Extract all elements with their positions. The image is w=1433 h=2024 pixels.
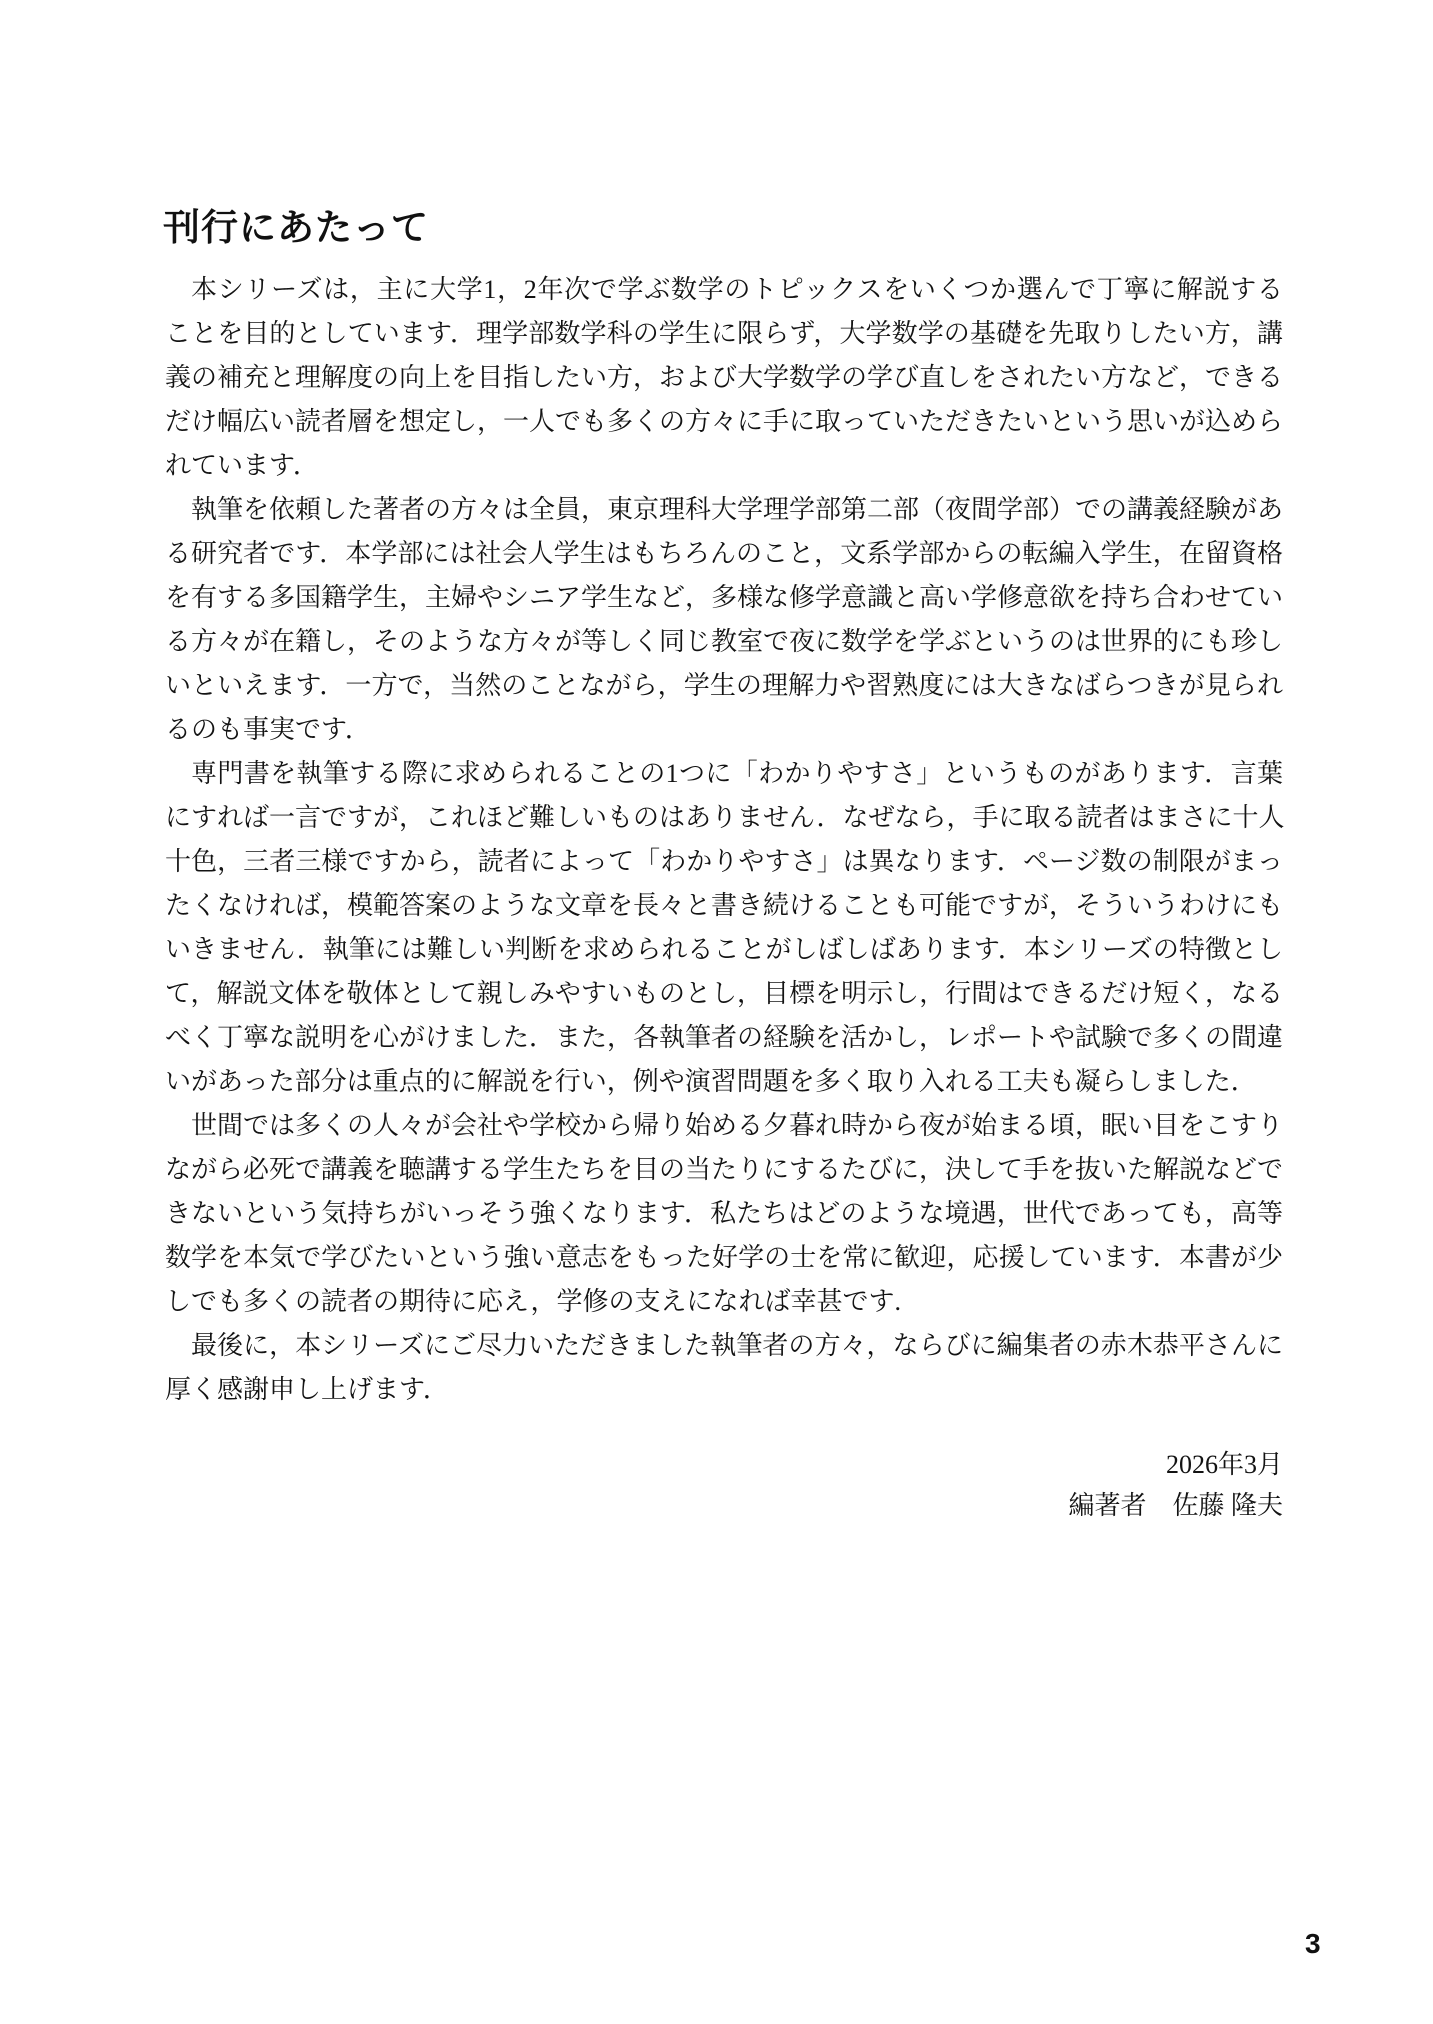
text-line: 厚く感謝申し上げます．	[165, 1368, 1283, 1412]
paragraph: 世間では多くの人々が会社や学校から帰り始める夕暮れ時から夜が始まる頃，眠い目をこ…	[165, 1104, 1283, 1324]
text-line: 世間では多くの人々が会社や学校から帰り始める夕暮れ時から夜が始まる頃，眠い目をこ…	[165, 1104, 1283, 1148]
text-line: べく丁寧な説明を心がけました．また，各執筆者の経験を活かし，レポートや試験で多く…	[165, 1016, 1283, 1060]
text-line: 本シリーズは，主に大学1，2年次で学ぶ数学のトピックスをいくつか選んで丁寧に解説…	[165, 268, 1283, 312]
document-page: 刊行にあたって 本シリーズは，主に大学1，2年次で学ぶ数学のトピックスをいくつか…	[0, 0, 1433, 2024]
text-line: る研究者です．本学部には社会人学生はもちろんのこと，文系学部からの転編入学生，在…	[165, 532, 1283, 576]
text-line: しでも多くの読者の期待に応え，学修の支えになれば幸甚です.	[165, 1280, 1283, 1324]
text-line: て，解説文体を敬体として親しみやすいものとし，目標を明示し，行間はできるだけ短く…	[165, 972, 1283, 1016]
preface-paragraphs: 本シリーズは，主に大学1，2年次で学ぶ数学のトピックスをいくつか選んで丁寧に解説…	[165, 268, 1283, 1412]
text-line: 執筆を依頼した著者の方々は全員，東京理科大学理学部第二部（夜間学部）での講義経験…	[165, 488, 1283, 532]
text-line: 義の補充と理解度の向上を目指したい方，および大学数学の学び直しをされたい方など，…	[165, 356, 1283, 400]
text-line: 数学を本気で学びたいという強い意志をもった好学の士を常に歓迎，応援しています．本…	[165, 1236, 1283, 1280]
text-line: ことを目的としています．理学部数学科の学生に限らず，大学数学の基礎を先取りしたい…	[165, 312, 1283, 356]
publication-date: 2026年3月	[1068, 1444, 1283, 1485]
text-line: だけ幅広い読者層を想定し，一人でも多くの方々に手に取っていただきたいという思いが…	[165, 400, 1283, 444]
colophon: 2026年3月 編著者 佐藤 隆夫	[1068, 1444, 1283, 1526]
paragraph: 執筆を依頼した著者の方々は全員，東京理科大学理学部第二部（夜間学部）での講義経験…	[165, 488, 1283, 752]
text-line: いがあった部分は重点的に解説を行い，例や演習問題を多く取り入れる工夫も凝らしまし…	[165, 1060, 1283, 1104]
paragraph: 最後に，本シリーズにご尽力いただきました執筆者の方々，ならびに編集者の赤木恭平さ…	[165, 1324, 1283, 1412]
text-line: 最後に，本シリーズにご尽力いただきました執筆者の方々，ならびに編集者の赤木恭平さ…	[165, 1324, 1283, 1368]
text-line: る方々が在籍し，そのような方々が等しく同じ教室で夜に数学を学ぶというのは世界的に…	[165, 620, 1283, 664]
page-number: 3	[1305, 1928, 1321, 1960]
text-line: きないという気持ちがいっそう強くなります．私たちはどのような境遇，世代であっても…	[165, 1192, 1283, 1236]
text-line: れています．	[165, 444, 1283, 488]
text-line: いきません．執筆には難しい判断を求められることがしばしばあります．本シリーズの特…	[165, 928, 1283, 972]
text-line: 専門書を執筆する際に求められることの1つに「わかりやすさ」というものがあります．…	[165, 752, 1283, 796]
text-line: 十色，三者三様ですから，読者によって「わかりやすさ」は異なります．ページ数の制限…	[165, 840, 1283, 884]
page-title: 刊行にあたって	[163, 197, 429, 251]
text-line: を有する多国籍学生，主婦やシニア学生など，多様な修学意識と高い学修意欲を持ち合わ…	[165, 576, 1283, 620]
paragraph: 専門書を執筆する際に求められることの1つに「わかりやすさ」というものがあります．…	[165, 752, 1283, 1104]
text-line: いといえます．一方で，当然のことながら，学生の理解力や習熟度には大きなばらつきが…	[165, 664, 1283, 708]
paragraph: 本シリーズは，主に大学1，2年次で学ぶ数学のトピックスをいくつか選んで丁寧に解説…	[165, 268, 1283, 488]
editor-signature: 編著者 佐藤 隆夫	[1068, 1485, 1283, 1526]
text-line: ながら必死で講義を聴講する学生たちを目の当たりにするたびに，決して手を抜いた解説…	[165, 1148, 1283, 1192]
text-line: たくなければ，模範答案のような文章を長々と書き続けることも可能ですが，そういうわ…	[165, 884, 1283, 928]
text-line: るのも事実です．	[165, 708, 1283, 752]
text-line: にすれば一言ですが，これほど難しいものはありません．なぜなら，手に取る読者はまさ…	[165, 796, 1283, 840]
